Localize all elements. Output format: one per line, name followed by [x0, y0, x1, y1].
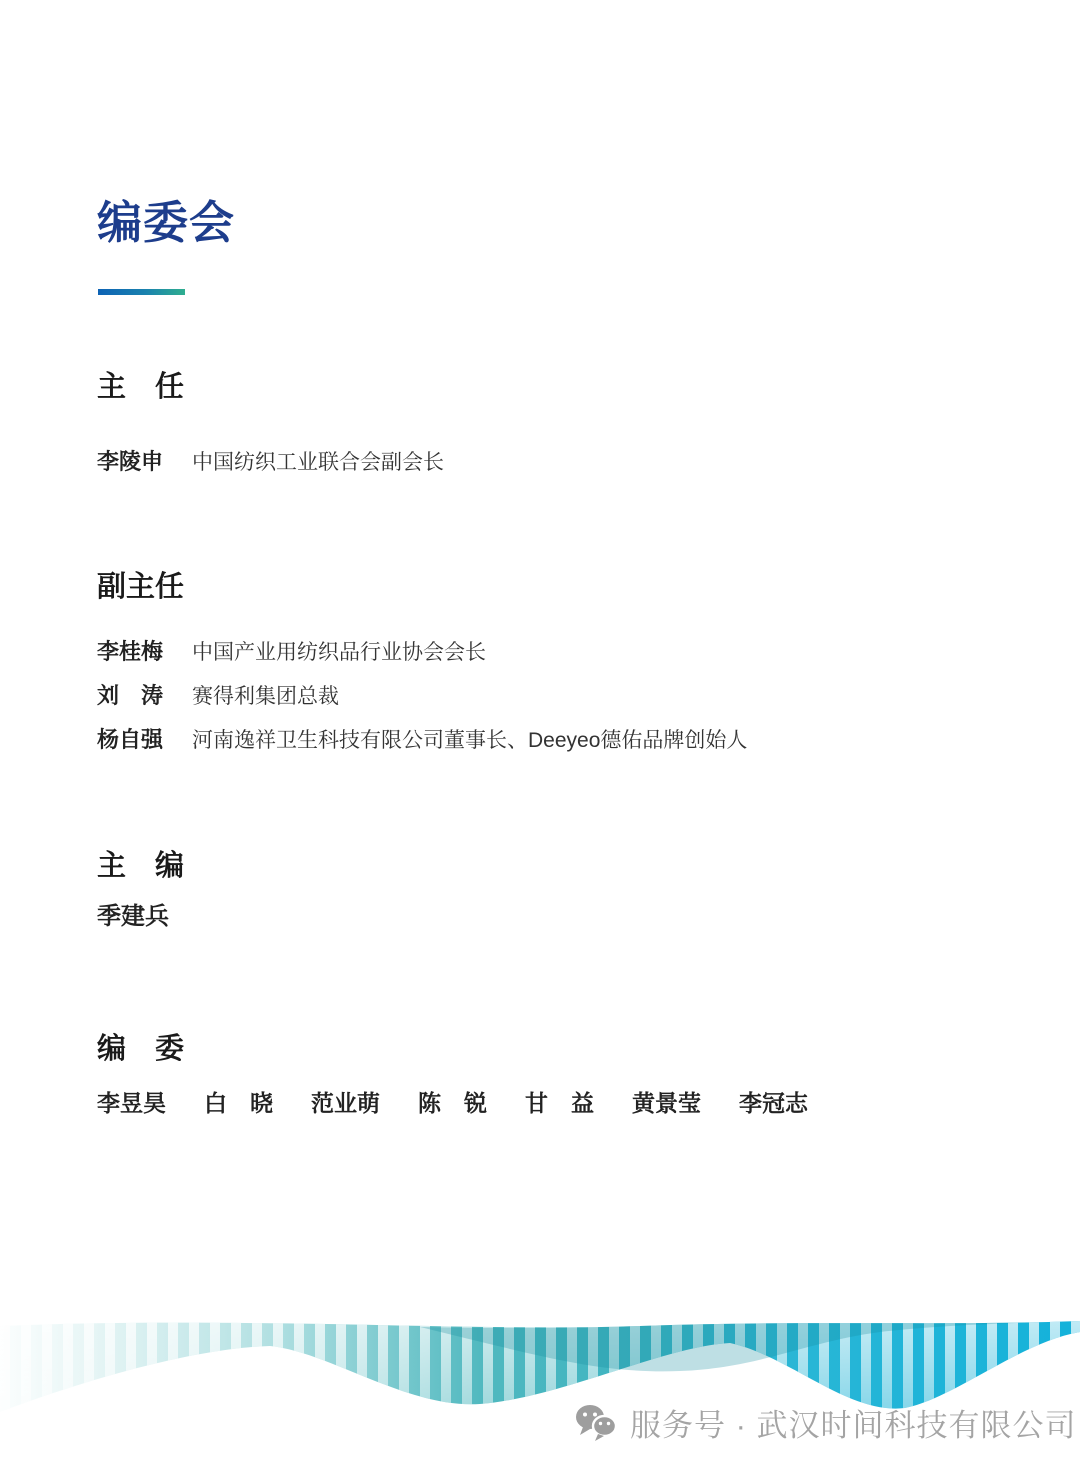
section-heading-director: 主 任: [97, 372, 184, 404]
section-heading-deputy: 副主任: [97, 572, 184, 604]
member-title: 中国产业用纺织品行业协会会长: [192, 641, 486, 664]
member-row: 刘 涛赛得利集团总裁: [97, 682, 339, 711]
committee-name: 李昱昊: [97, 1089, 166, 1119]
section-heading-committee: 编 委: [97, 1034, 184, 1066]
committee-name: 白 晓: [204, 1089, 273, 1119]
committee-name: 陈 锐: [418, 1089, 487, 1119]
member-title: 河南逸祥卫生科技有限公司董事长、Deeyeo德佑品牌创始人: [192, 729, 747, 752]
footer-label: 服务号 · 武汉时间科技有限公司: [630, 1400, 1077, 1445]
title-underline: [98, 289, 185, 295]
page-title: 编委会: [97, 198, 235, 248]
footer: 服务号 · 武汉时间科技有限公司: [574, 1400, 1077, 1445]
committee-name: 黄景莹: [632, 1089, 701, 1119]
member-title: 赛得利集团总裁: [192, 685, 339, 708]
committee-names-row: 李昱昊 白 晓 范业萌 陈 锐 甘 益 黄景莹 李冠志: [97, 1089, 808, 1119]
wechat-icon: [574, 1403, 618, 1443]
member-name: 李陵申: [97, 448, 164, 477]
member-row: 杨自强河南逸祥卫生科技有限公司董事长、Deeyeo德佑品牌创始人: [97, 726, 747, 755]
committee-name: 李冠志: [739, 1089, 808, 1119]
member-row: 李桂梅中国产业用纺织品行业协会会长: [97, 638, 486, 667]
member-name: 杨自强: [97, 726, 164, 755]
member-title: 中国纺织工业联合会副会长: [192, 451, 444, 474]
document-page: 编委会 主 任 李陵申中国纺织工业联合会副会长 副主任 李桂梅中国产业用纺织品行…: [0, 0, 1080, 1466]
member-name: 季建兵: [97, 903, 169, 932]
committee-name: 范业萌: [311, 1089, 380, 1119]
committee-name: 甘 益: [525, 1089, 594, 1119]
member-name: 李桂梅: [97, 638, 164, 667]
member-row: 李陵申中国纺织工业联合会副会长: [97, 448, 444, 477]
section-heading-chief-editor: 主 编: [97, 851, 184, 883]
member-name: 刘 涛: [97, 682, 164, 711]
